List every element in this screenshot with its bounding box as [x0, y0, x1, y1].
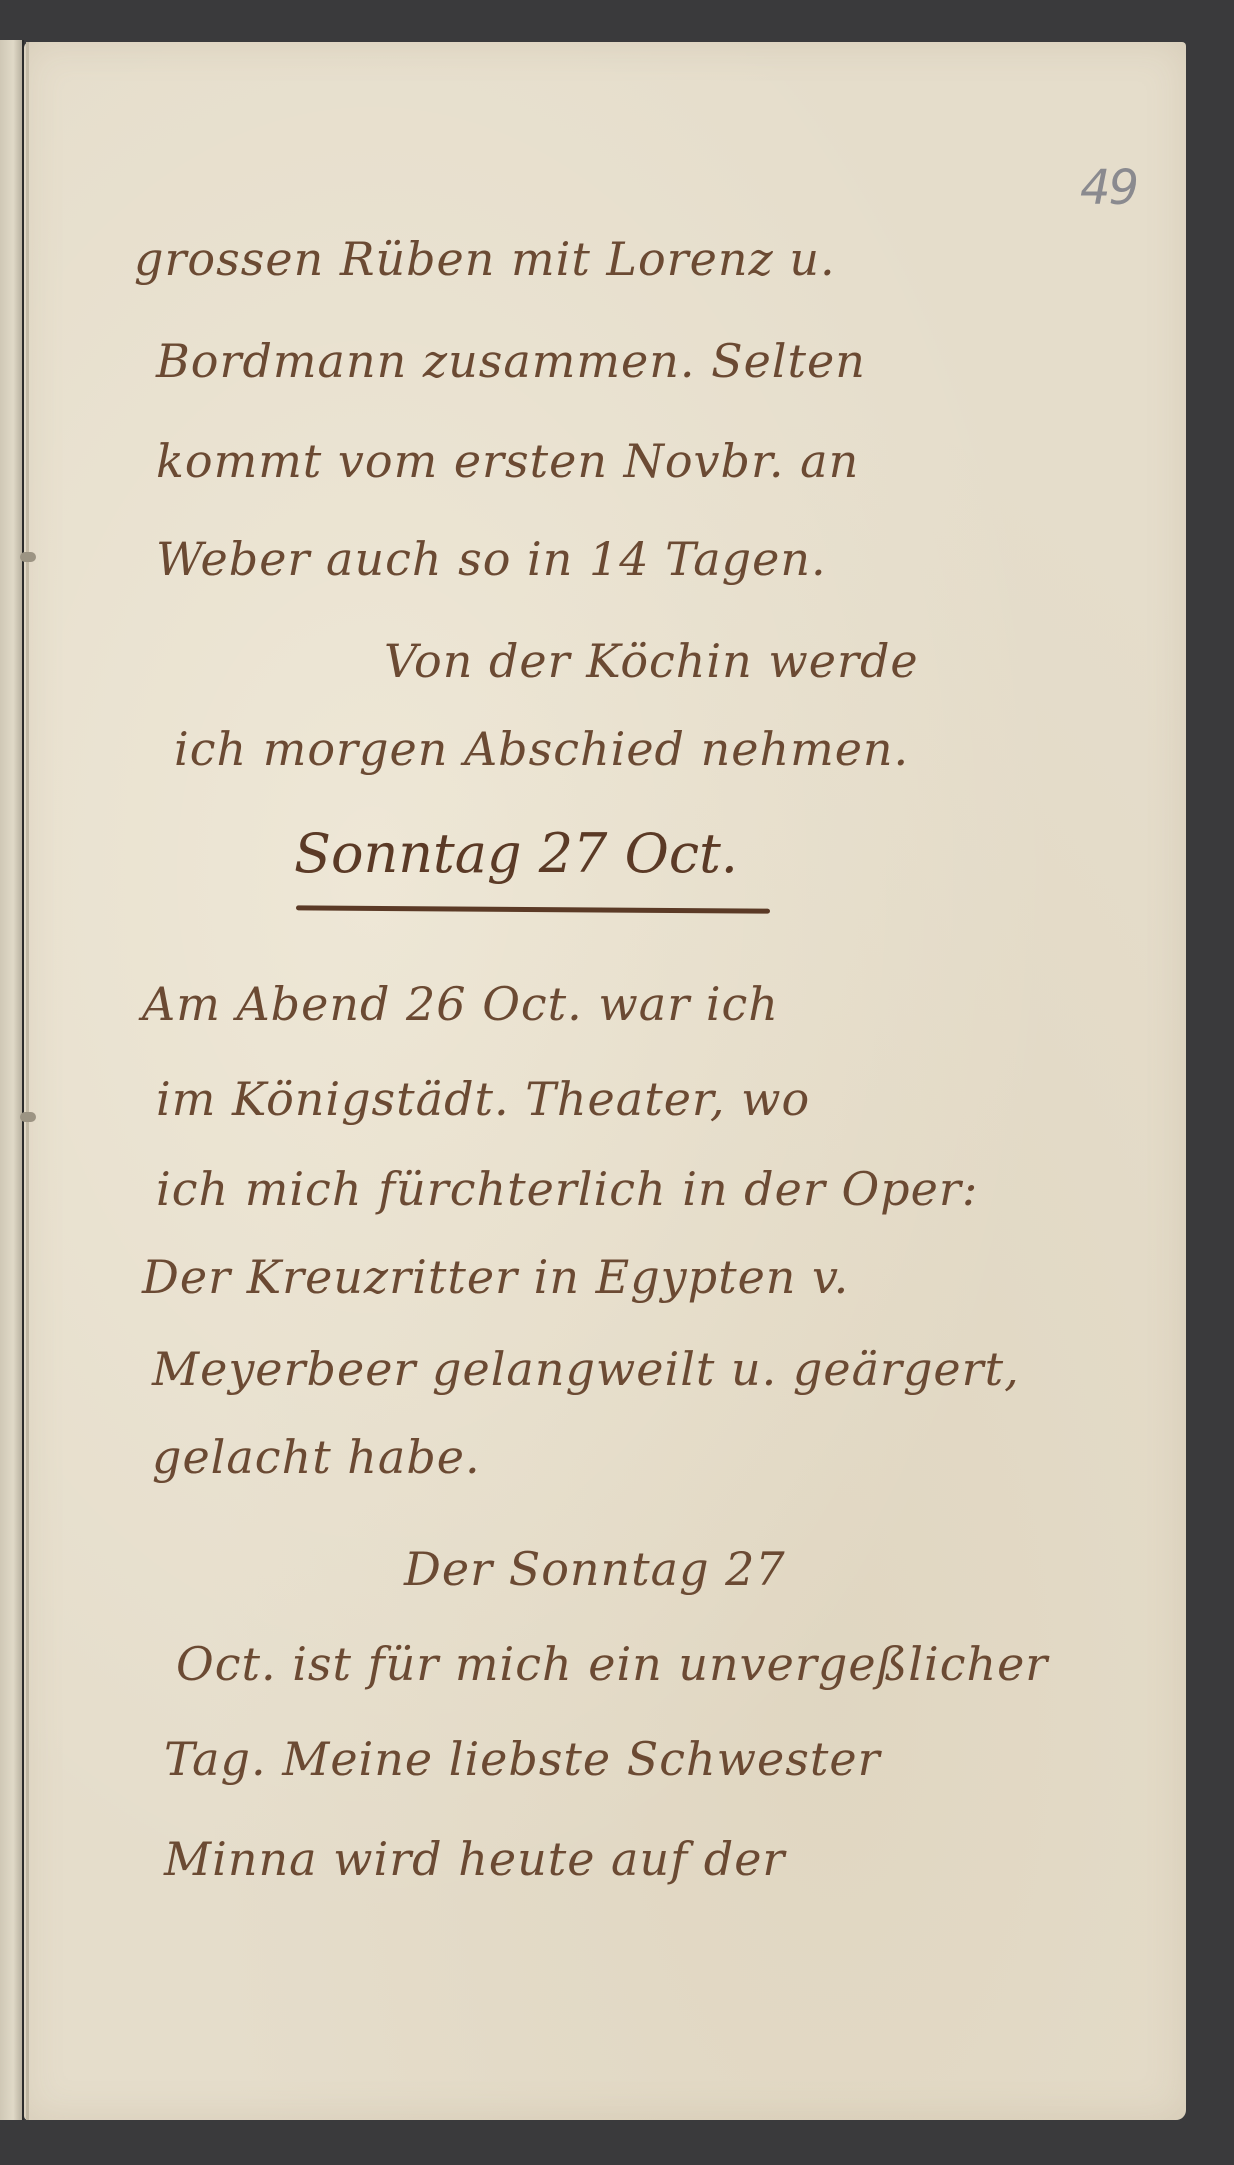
text-line: Bordmann zusammen. Selten — [156, 334, 866, 388]
text-line: Weber auch so in 14 Tagen. — [156, 532, 827, 586]
text-line: Der Kreuzritter in Egypten v. — [142, 1250, 849, 1304]
text-line: Der Sonntag 27 — [404, 1542, 786, 1596]
heading-underline — [296, 905, 770, 913]
text-line: ich mich fürchterlich in der Oper: — [156, 1162, 978, 1216]
binding-stitch — [20, 552, 36, 562]
binding-stitch — [20, 1112, 36, 1122]
text-line: im Königstädt. Theater, wo — [156, 1072, 810, 1126]
page-number: 49 — [1080, 160, 1137, 216]
text-line: Meyerbeer gelangweilt u. geärgert, — [152, 1342, 1020, 1396]
text-line: Von der Köchin werde — [384, 634, 919, 688]
text-line: Am Abend 26 Oct. war ich — [142, 977, 779, 1031]
entry-heading: Sonntag 27 Oct. — [294, 822, 738, 885]
text-line: ich morgen Abschied nehmen. — [174, 722, 909, 776]
text-line: grossen Rüben mit Lorenz u. — [134, 232, 836, 286]
text-line: gelacht habe. — [152, 1430, 481, 1484]
text-line: Minna wird heute auf der — [164, 1832, 785, 1886]
manuscript-page: 49 grossen Rüben mit Lorenz u. Bordmann … — [24, 42, 1186, 2120]
text-line: Tag. Meine liebste Schwester — [164, 1732, 881, 1786]
binding-fold — [26, 42, 29, 2120]
text-line: Oct. ist für mich ein unvergeßlicher — [176, 1637, 1048, 1691]
facing-page-edge — [0, 40, 24, 2120]
text-line: kommt vom ersten Novbr. an — [156, 434, 859, 488]
